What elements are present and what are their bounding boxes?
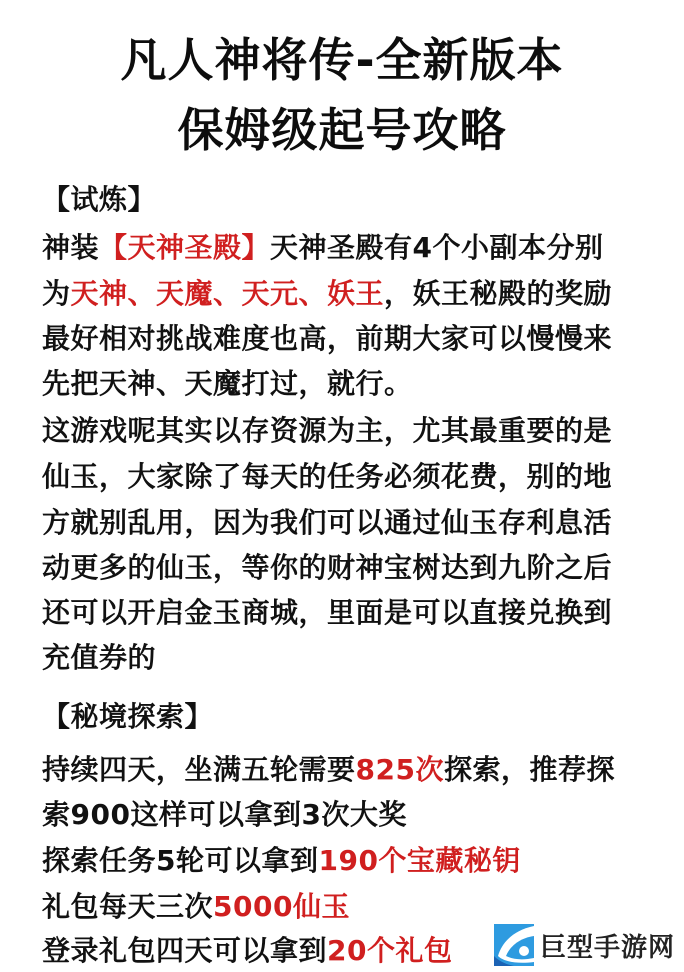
paragraph-line: 仙玉，大家除了每天的任务必须花费，别的地 <box>42 459 612 495</box>
paragraph-line: 方就别乱用，因为我们可以通过仙玉存利息活 <box>42 505 612 541</box>
paragraph-line: 最好相对挑战难度也高，前期大家可以慢慢来 <box>42 321 612 357</box>
text-segment: 探索任务5轮可以拿到 <box>42 844 318 877</box>
text-segment: 探索，推荐探 <box>444 753 615 786</box>
watermark-logo: 巨型手游网 <box>494 922 680 968</box>
paragraph-line: 先把天神、天魔打过，就行。 <box>42 366 413 402</box>
paragraph-line: 登录礼包四天可以拿到20个礼包 <box>42 933 452 969</box>
paragraph-line: 动更多的仙玉，等你的财神宝树达到九阶之后 <box>42 550 612 586</box>
eye-logo-icon <box>494 924 534 966</box>
title-line-1: 凡人神将传-全新版本 <box>0 30 684 90</box>
highlight-segment: 【天神圣殿】 <box>99 231 270 264</box>
highlight-segment: 天神、天魔、天元、妖王 <box>71 277 385 310</box>
text-segment: 充值券的 <box>42 641 156 674</box>
text-segment: 先把天神、天魔打过，就行。 <box>42 367 413 400</box>
text-segment: ，妖王秘殿的奖励 <box>384 277 612 310</box>
paragraph-line: 为天神、天魔、天元、妖王，妖王秘殿的奖励 <box>42 276 612 312</box>
text-segment: 动更多的仙玉，等你的财神宝树达到九阶之后 <box>42 551 612 584</box>
highlight-segment: 20个礼包 <box>327 934 452 967</box>
section-header-secret-realm: 【秘境探索】 <box>42 699 213 735</box>
text-segment: 礼包每天三次 <box>42 890 213 923</box>
text-segment: 持续四天，坐满五轮需要 <box>42 753 356 786</box>
paragraph-line: 还可以开启金玉商城，里面是可以直接兑换到 <box>42 595 612 631</box>
text-segment: 神装 <box>42 231 99 264</box>
text-segment: 为 <box>42 277 71 310</box>
paragraph-line: 持续四天，坐满五轮需要825次探索，推荐探 <box>42 752 615 788</box>
paragraph-line: 神装【天神圣殿】天神圣殿有4个小副本分别 <box>42 230 604 266</box>
text-segment: 登录礼包四天可以拿到 <box>42 934 327 967</box>
highlight-segment: 825次 <box>356 753 444 786</box>
text-segment: 天神圣殿有4个小副本分别 <box>270 231 603 264</box>
text-segment: 仙玉，大家除了每天的任务必须花费，别的地 <box>42 460 612 493</box>
text-segment: 这游戏呢其实以存资源为主，尤其最重要的是 <box>42 414 612 447</box>
text-segment: 还可以开启金玉商城，里面是可以直接兑换到 <box>42 596 612 629</box>
text-segment: 方就别乱用，因为我们可以通过仙玉存利息活 <box>42 506 612 539</box>
text-segment: 最好相对挑战难度也高，前期大家可以慢慢来 <box>42 322 612 355</box>
highlight-segment: 190个宝藏秘钥 <box>318 844 520 877</box>
text-segment: 索900这样可以拿到3次大奖 <box>42 798 407 831</box>
paragraph-line: 礼包每天三次5000仙玉 <box>42 889 350 925</box>
paragraph-line: 探索任务5轮可以拿到190个宝藏秘钥 <box>42 843 521 879</box>
section-header-trial: 【试炼】 <box>42 182 156 218</box>
paragraph-line: 索900这样可以拿到3次大奖 <box>42 797 407 833</box>
title-line-2: 保姆级起号攻略 <box>0 100 684 160</box>
paragraph-line: 这游戏呢其实以存资源为主，尤其最重要的是 <box>42 413 612 449</box>
highlight-segment: 5000仙玉 <box>213 890 350 923</box>
paragraph-line: 充值券的 <box>42 640 156 676</box>
watermark-text: 巨型手游网 <box>540 927 675 964</box>
